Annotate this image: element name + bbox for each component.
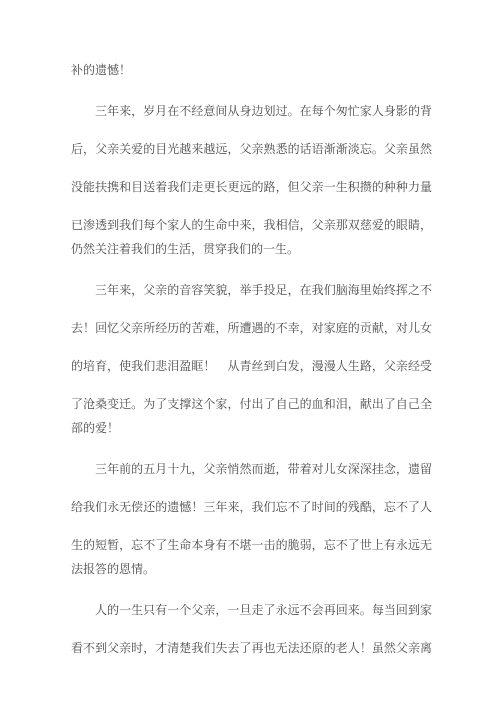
text-line: 已渗透到我们每个家人的生命中来，我相信，父亲那双慈爱的眼睛， (71, 217, 432, 233)
text-line: 人的一生只有一个父亲，一旦走了永远不会再回来。每当回到家 (71, 602, 432, 618)
text-line: 后，父亲关爱的目光越来越远，父亲熟悉的话语渐渐淡忘。父亲虽然 (71, 141, 432, 157)
text-line: 给我们永无偿还的遗憾！三年来，我们忘不了时间的残酷，忘不了人 (71, 499, 432, 515)
text-line: 生的短暂，忘不了生命本身有不堪一击的脆弱，忘不了世上有永远无 (71, 537, 432, 553)
text-line: 三年来，岁月在不经意间从身边划过。在每个匆忙家人身影的背 (71, 103, 432, 119)
text-line: 没能扶携和目送着我们走更长更远的路，但父亲一生积攒的种种力量 (71, 179, 432, 195)
document-page: 补的遗憾！三年来，岁月在不经意间从身边划过。在每个匆忙家人身影的背后，父亲关爱的… (0, 0, 500, 708)
text-line: 补的遗憾！ (71, 62, 432, 78)
text-line: 看不到父亲时，才清楚我们失去了再也无法还原的老人！虽然父亲离 (71, 640, 432, 656)
text-line: 的培育，使我们悲泪盈眶！ 从青丝到白发，漫漫人生路，父亲经受 (71, 358, 432, 374)
text-line: 法报答的恩情。 (71, 561, 432, 577)
text-line: 了沧桑变迁。为了支撑这个家，付出了自己的血和泪，献出了自己全 (71, 396, 432, 412)
text-line: 仍然关注着我们的生活，贯穿我们的一生。 (71, 241, 432, 257)
text-line: 三年前的五月十九，父亲悄然而逝，带着对儿女深深挂念，遗留 (71, 461, 432, 477)
text-line: 去！回忆父亲所经历的苦难，所遭遇的不幸，对家庭的贡献，对儿女 (71, 320, 432, 336)
text-line: 部的爱！ (71, 420, 432, 436)
text-line: 三年来，父亲的音容笑貌，举手投足，在我们脑海里始终挥之不 (71, 282, 432, 298)
document-text-block: 补的遗憾！三年来，岁月在不经意间从身边划过。在每个匆忙家人身影的背后，父亲关爱的… (71, 62, 432, 656)
